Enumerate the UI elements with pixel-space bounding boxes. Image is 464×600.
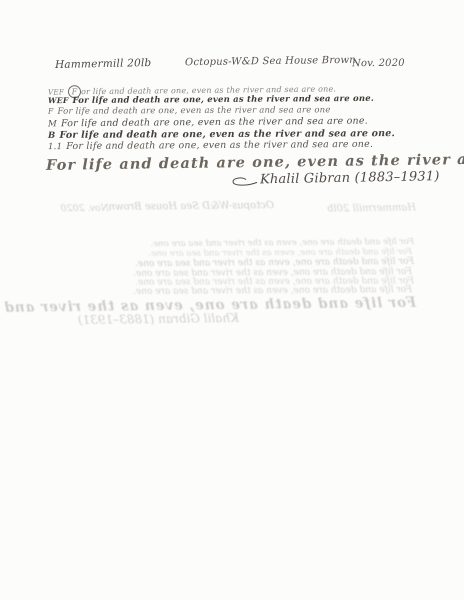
- nib-label: 1.1: [48, 142, 62, 152]
- ghost-large-line: For life and death are one, even as the …: [0, 295, 416, 317]
- ghost-header-paper: Hammermill 20lb: [327, 202, 416, 214]
- ghost-practice-line: For life and death are one, even as the …: [148, 247, 412, 259]
- ink-name: Octopus-W&D Sea House Brown: [185, 55, 356, 68]
- practice-line-text: For life and death are one, even as the …: [61, 116, 368, 130]
- practice-line-text: For life and death are one, even as the …: [72, 94, 374, 106]
- ghost-header-date: Nov. 2020: [60, 203, 109, 214]
- practice-line-stub: 1.1For life and death are one, even as t…: [48, 139, 373, 152]
- practice-line-text: For life and death are one, even as the …: [66, 139, 373, 152]
- ghost-practice-line: For life and death are one, even as the …: [135, 276, 414, 287]
- practice-line-text: For life and death are one, even as the …: [57, 105, 330, 116]
- nib-label: WEF: [48, 96, 68, 105]
- ghost-practice-line: For life and death are one, even as the …: [133, 267, 412, 279]
- attribution-text: Khalil Gibran (1883–1931): [260, 169, 440, 187]
- signature-flourish-icon: [232, 174, 258, 186]
- date: Nov. 2020: [352, 58, 405, 69]
- ghost-header-ink: Octopus-W&D Sea House Brown: [108, 200, 274, 213]
- practice-line-f: FFor life and death are one, even as the…: [48, 105, 331, 116]
- scanned-handwriting-page: Hammermill 20lb Octopus-W&D Sea House Br…: [0, 0, 464, 600]
- paper-name: Hammermill 20lb: [55, 57, 152, 71]
- ghost-practice-line: For life and death are one, even as the …: [135, 257, 414, 269]
- practice-line-wef: WEFFor life and death are one, even as t…: [48, 94, 374, 106]
- nib-label: M: [48, 119, 57, 129]
- ghost-practice-line: For life and death are one, even as the …: [150, 237, 414, 249]
- nib-label: B: [48, 131, 55, 141]
- ghost-practice-line: For life and death are one, even as the …: [133, 285, 412, 297]
- practice-line-m: MFor life and death are one, even as the…: [48, 116, 368, 130]
- attribution-line: Khalil Gibran (1883–1931): [232, 169, 440, 188]
- nib-label: F: [48, 107, 54, 116]
- ghost-attribution: Khalil Gibran (1883–1931): [78, 311, 239, 327]
